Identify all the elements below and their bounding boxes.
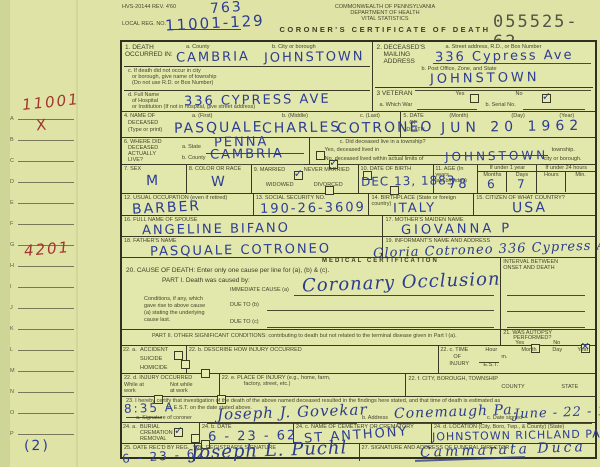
heading-block: COMMONWEALTH OF PENNSYLVANIA DEPARTMENT … — [270, 4, 500, 33]
box5-value: JUN 20 1962 — [441, 118, 583, 136]
interval-line-b — [507, 304, 585, 312]
margin-line-l: L — [10, 333, 74, 354]
box1-c-label3: (Do not use R.D. or Box Number) — [124, 80, 370, 86]
box22d-while-label2: work — [124, 388, 136, 394]
box23-sig-label: a. Signature of coroner — [136, 415, 192, 421]
row-8: MEDICAL CERTIFICATION 20. CAUSE OF DEATH… — [122, 258, 595, 330]
box2-label3: ADDRESS — [383, 58, 414, 65]
box1-township-row: c. If death did not occur in city or bor… — [124, 66, 370, 90]
certificate-form: 1. DEATH OCCURRED IN: a. County b. City … — [120, 40, 597, 459]
box8-label: 8. COLOR OR RACE — [189, 166, 249, 172]
box4-label1: 4. NAME OF — [124, 113, 155, 119]
box22e-place-of-injury: 22. e. PLACE OF INJURY (e.g., home, farm… — [220, 374, 407, 396]
box22f-county-label: COUNTY — [501, 384, 524, 390]
box20-immediate-label: IMMEDIATE CAUSE (a) — [230, 287, 289, 293]
box14-value: ITALY — [393, 201, 436, 217]
box22c-label2: OF — [453, 354, 461, 360]
box5-month-label: (Month) — [449, 113, 468, 119]
box11-min-label: Min. — [566, 172, 595, 178]
box3-war-label: a. Which War — [379, 102, 412, 108]
margin-rule — [18, 308, 74, 309]
margin-letter: E — [10, 200, 14, 206]
box4-name-of-deceased: 4. NAME OF DECEASED (Type or print) a. (… — [122, 112, 401, 137]
box22c-day-label: Day — [552, 347, 562, 353]
box11-columns: 11. AGE (In years last birthday) 78 If u… — [434, 165, 595, 193]
margin-letter: K — [10, 326, 14, 332]
box22b-describe-injury: 22. b. DESCRIBE HOW INJURY OCCURRED — [187, 346, 439, 373]
box1-death-occurred: 1. DEATH OCCURRED IN: a. County b. City … — [122, 42, 373, 111]
box6-county-value: CAMBRIA — [210, 146, 284, 162]
margin-line-j: J — [10, 291, 74, 312]
box4-label3: (Type or print) — [128, 127, 162, 133]
box2-postoffice-value: JOHNSTOWN — [430, 70, 540, 87]
box4-label2: DECEASED — [128, 120, 158, 126]
margin-rule — [18, 203, 74, 204]
box16-spouse: 16. FULL NAME OF SPOUSE ANGELINE BIFANO — [122, 216, 383, 236]
certificate-page: HVS-20144 REV. 4'60 LOCAL REG. NO. PRIMA… — [0, 0, 600, 467]
margin-rule — [18, 266, 74, 267]
box13-social-security: 13. SOCIAL SECURITY NO. 190-26-3609 — [254, 194, 370, 215]
certificate-title: CORONER'S CERTIFICATE OF DEATH — [270, 26, 500, 33]
box10-value: DEC 13, 1883 — [360, 173, 455, 189]
box17-value: GIOVANNA P — [401, 221, 512, 238]
box14-birthplace: 14. BIRTHPLACE (State or foreign country… — [369, 194, 474, 215]
box22c-hour-label: Hour — [485, 347, 497, 353]
margin-letter: I — [10, 284, 12, 290]
box27-funeral-director: 27. SIGNATURE AND ADDRESS OF FUNERAL DIR… — [360, 444, 596, 461]
box22a-num: 22. a. — [123, 347, 137, 353]
local-reg-label: LOCAL REG. NO. — [122, 21, 166, 27]
box2-label2: MAILING — [383, 51, 410, 58]
box22a-manner: 22. a. ACCIDENT SUICIDE HOMICIDE — [122, 346, 187, 373]
box26-registrar-signature: 26. REGISTRAR'S SIGNATURE Joseph L. Puch… — [195, 444, 360, 461]
margin-line-i: I — [10, 270, 74, 291]
box22d-injury-occurred: 22. d. INJURY OCCURRED While at work Not… — [122, 374, 220, 396]
box10-date-of-birth: 10. DATE OF BIRTH DEC 13, 1883 — [359, 165, 435, 193]
box6-state-label: a. State — [182, 144, 201, 150]
row-7: 18. FATHER'S NAME PASQUALE COTRONEO 19. … — [122, 237, 595, 258]
paper-crease — [76, 0, 78, 467]
box9-married-mark: ✓ — [294, 167, 303, 180]
row-10: 22. a. ACCIDENT SUICIDE HOMICIDE 22. b. … — [122, 346, 595, 374]
margin-letter: L — [10, 347, 13, 353]
row-12: 23. I hereby certify that investigation … — [122, 397, 595, 423]
box11-age: 11. AGE (In years last birthday) 78 If u… — [434, 165, 595, 193]
box1-county-label: a. County — [186, 44, 210, 50]
box3-serialno-label: b. Serial No. — [485, 102, 515, 108]
box1-hospital-row: d. Full Name of Hospital or Institution … — [124, 90, 370, 113]
box2-label1: 2. DECEASED'S — [376, 44, 425, 51]
margin-line-m: M — [10, 354, 74, 375]
box25-date-received: 25. DATE REC'D BY REG. 6 - 23 - 62 — [122, 444, 195, 461]
box3-yes-label: Yes — [455, 91, 464, 97]
margin-line-c: C — [10, 144, 74, 165]
box11-under1-col: If under 1 year Months 6 Days 7 — [478, 165, 537, 193]
row-4: 7. SEX M 8. COLOR OR RACE W 9. MARRIED ✓… — [122, 165, 595, 194]
box1-hospital-value: 336 CYPRESS AVE — [184, 92, 331, 110]
margin-line-p: P — [10, 417, 74, 438]
row-2: 4. NAME OF DECEASED (Type or print) a. (… — [122, 112, 595, 138]
margin-letter: P — [10, 431, 14, 437]
box6-township-question: c. Did deceased live in a township? Yes,… — [310, 138, 595, 164]
box20-cause-of-death: MEDICAL CERTIFICATION 20. CAUSE OF DEATH… — [122, 258, 501, 329]
box22d-label: 22. d. INJURY OCCURRED — [124, 375, 217, 381]
box9-married-label: 9. MARRIED — [254, 167, 285, 173]
margin-rule — [18, 182, 74, 183]
box11-hours-col: Hours — [537, 172, 566, 192]
box22e-label2: factory, street, etc.) — [222, 381, 404, 387]
box23-time-value: 8:35 A — [124, 400, 175, 416]
part2-label: PART II. OTHER SIGNIFICANT CONDITIONS: c… — [124, 331, 498, 339]
box4-middle-value: CHARLES — [262, 119, 341, 136]
margin-letter: N — [10, 389, 14, 395]
box20-cond3: (a) stating the underlying — [144, 310, 205, 316]
margin-letter: O — [10, 410, 14, 416]
row-11: 22. d. INJURY OCCURRED While at work Not… — [122, 374, 595, 397]
box4-last-value: COTRONEO — [337, 119, 434, 137]
box8-value: W — [211, 174, 227, 190]
box3-veteran: 3 VETERAN Yes No ✓ a. Which War b. Seria… — [375, 87, 593, 112]
box20-label: 20. CAUSE OF DEATH: Enter only one cause… — [126, 267, 329, 274]
box22c-est-label: E.S.T. — [483, 362, 498, 368]
box1-label: 1. DEATH OCCURRED IN: — [125, 44, 173, 58]
margin-rule — [18, 392, 74, 393]
margin-rule — [18, 350, 74, 351]
box12-occupation: 12. USUAL OCCUPATION (even if retired) B… — [122, 194, 254, 215]
box3-no-label: No — [515, 91, 522, 97]
box23-date-value: June - 22 - 1962 — [514, 403, 600, 422]
box2-street-value: 336 Cypress Ave — [435, 48, 574, 65]
margin-rule — [18, 371, 74, 372]
margin-line-k: K — [10, 312, 74, 333]
box20-due-c-label: DUE TO (c) — [230, 319, 259, 325]
box11-under24-split: Hours Min. — [537, 172, 595, 192]
margin-rule — [18, 161, 74, 162]
box5-label1: 5. DATE — [403, 113, 423, 119]
box22c-m-label: m. — [501, 354, 507, 360]
margin-line-o: O — [10, 396, 74, 417]
box11-under24-label: If under 24 hours — [537, 165, 595, 172]
box10-label: 10. DATE OF BIRTH — [361, 166, 432, 172]
margin-b-value: X — [35, 116, 49, 135]
box15-citizenship: 15. CITIZEN OF WHAT COUNTRY? USA — [474, 194, 595, 215]
box22f-state-label: STATE — [561, 384, 578, 390]
row-5: 12. USUAL OCCUPATION (even if retired) B… — [122, 194, 595, 216]
box11-months-col: Months 6 — [478, 172, 507, 192]
box9-divorced-label: DIVORCED — [314, 182, 343, 188]
box20-due-b-line — [267, 303, 494, 311]
box11-days-value: 7 — [517, 177, 527, 191]
box26-value: Joseph L. Puchl — [191, 437, 348, 463]
box24a-num: 24. a. — [123, 424, 137, 430]
interval-label2: ONSET AND DEATH — [503, 265, 593, 271]
box4-middle-label: b. (Middle) — [282, 113, 308, 119]
box11-months-value: 6 — [487, 177, 497, 191]
box1-c-label1: c. If death did not occur in city — [124, 67, 370, 74]
margin-letter: D — [10, 179, 14, 185]
box6-yes-text: Yes, deceased lived in — [325, 147, 380, 153]
box22c-label1: 22. c. TIME — [440, 347, 468, 353]
row-3: 6. WHERE DID DECEASED ACTUALLY LIVE? a. … — [122, 138, 595, 165]
margin-line-f: F — [10, 207, 74, 228]
margin-rule — [18, 329, 74, 330]
box22d-notwhile-label2: at work — [170, 388, 188, 394]
box4-first-label: a. (First) — [192, 113, 212, 119]
box6-c-label: c. Did deceased live in a township? — [340, 139, 426, 145]
box1-county-value: CAMBRIA — [176, 49, 250, 65]
box8-color-or-race: 8. COLOR OR RACE W — [187, 165, 252, 193]
box17-mother-maiden-name: 17. MOTHER'S MAIDEN NAME GIOVANNA P — [383, 216, 595, 236]
box22f-label: 22. f. CITY, BOROUGH, TOWNSHIP — [408, 376, 498, 382]
box2-box3-container: 2. DECEASED'S MAILING ADDRESS a. Street … — [373, 42, 595, 111]
box22a-suicide-label: SUICIDE — [140, 356, 162, 362]
box24a-disposition: 24. a. BURIAL ✓ CREMATION REMOVAL — [122, 423, 200, 443]
box11-hours-label: Hours — [537, 172, 565, 178]
margin-rule — [18, 287, 74, 288]
box24a-burial-checkbox: ✓ — [174, 428, 183, 437]
box11-under24-col: If under 24 hours Hours Min. — [537, 165, 595, 193]
margin-bottom-note: (2) — [24, 438, 50, 454]
box9-marital-status: 9. MARRIED ✓ NEVER MARRIED WIDOWED DIVOR… — [252, 165, 359, 193]
box22c-time-of-injury: 22. c. TIME OF INJURY Hour m. E.S.T. Mon… — [439, 346, 595, 373]
margin-rule — [18, 434, 74, 435]
box15-value: USA — [512, 200, 547, 217]
box22a-accident-label: ACCIDENT — [140, 347, 168, 353]
box7-sex: 7. SEX M — [122, 165, 187, 193]
form-number: HVS-20144 REV. 4'60 — [122, 4, 282, 10]
box23-certification: 23. I hereby certify that investigation … — [122, 397, 595, 422]
margin-strip: A B C D E F G H I J K L M N O P — [10, 102, 74, 438]
vital-line: VITAL STATISTICS — [270, 16, 500, 22]
box24a-burial-mark: ✓ — [174, 424, 183, 437]
box18-value: PASQUALE COTRONEO — [150, 241, 331, 259]
margin-letter: H — [10, 263, 14, 269]
box20-due-b-label: DUE TO (b) — [230, 302, 259, 308]
box6-residence: 6. WHERE DID DECEASED ACTUALLY LIVE? a. … — [122, 138, 310, 164]
row-1: 1. DEATH OCCURRED IN: a. County b. City … — [122, 42, 595, 112]
margin-line-e: E — [10, 186, 74, 207]
box11-under1-split: Months 6 Days 7 — [478, 172, 536, 192]
interval-line-a — [507, 288, 585, 296]
box6-no-suffix: city or borough. — [544, 156, 582, 162]
box1-header: 1. DEATH OCCURRED IN: a. County b. City … — [124, 43, 370, 66]
box6-no-value: JOHNSTOWN — [444, 148, 547, 164]
box6-township-suffix: township. — [552, 147, 575, 153]
box22c-label3: INJURY — [449, 361, 469, 367]
row-14: 25. DATE REC'D BY REG. 6 - 23 - 62 26. R… — [122, 444, 595, 461]
box4-last-label: c. (Last) — [360, 113, 380, 119]
row-9: PART II. OTHER SIGNIFICANT CONDITIONS: c… — [122, 330, 595, 346]
margin-letter: B — [10, 137, 14, 143]
box11-under1-label: If under 1 year — [478, 165, 536, 172]
box20-interval-column: INTERVAL BETWEEN ONSET AND DEATH — [501, 258, 595, 329]
box2-mailing-address: 2. DECEASED'S MAILING ADDRESS a. Street … — [375, 43, 593, 87]
interval-line-c — [507, 320, 585, 328]
row-6: 16. FULL NAME OF SPOUSE ANGELINE BIFANO … — [122, 216, 595, 237]
box11-days-col: Days 7 — [507, 172, 536, 192]
margin-letter: C — [10, 158, 14, 164]
box3-serialno-line — [523, 102, 585, 110]
box9-never-label: NEVER MARRIED — [304, 167, 350, 173]
box6-no-text: No, deceased lived within actual limits … — [325, 156, 424, 162]
box7-value: M — [146, 173, 160, 189]
box9-widowed-label: WIDOWED — [266, 182, 294, 188]
box22a-homicide-label: HOMICIDE — [140, 365, 168, 371]
box3-label: 3 VETERAN — [376, 90, 412, 97]
box16-value: ANGELINE BIFANO — [142, 221, 290, 239]
box20-part1-label: PART I. Death was caused by: — [162, 277, 250, 284]
box22b-label: 22. b. DESCRIBE HOW INJURY OCCURRED — [189, 347, 436, 353]
box22c-month-label: Month — [521, 347, 536, 353]
margin-line-d: D — [10, 165, 74, 186]
margin-letter: M — [10, 368, 15, 374]
paper-edge — [0, 0, 10, 467]
box20-due-c-line — [267, 320, 494, 328]
margin-letter: J — [10, 305, 13, 311]
box20-cond1: Conditions, if any, which — [144, 296, 203, 302]
margin-rule — [18, 224, 74, 225]
margin-line-n: N — [10, 375, 74, 396]
box6-county-label: b. County — [182, 155, 206, 161]
box21-autopsy: 21. WAS AUTOPSY PERFORMED? Yes No ✕ — [501, 330, 595, 345]
box3-war-line — [417, 102, 477, 110]
box7-label: 7. SEX — [124, 166, 184, 172]
margin-letter: F — [10, 221, 13, 227]
box9-married-checkbox: ✓ — [294, 171, 303, 180]
box22f-location: 22. f. CITY, BOROUGH, TOWNSHIP COUNTY ST… — [406, 374, 595, 396]
box20-cond2: gave rise to above cause — [144, 303, 205, 309]
box22c-year-label: Year — [577, 347, 588, 353]
part2-conditions: PART II. OTHER SIGNIFICANT CONDITIONS: c… — [122, 330, 501, 345]
margin-letter: A — [10, 116, 14, 122]
margin-letter: G — [10, 242, 14, 248]
box22a-accident-checkbox — [174, 351, 183, 360]
margin-rule — [18, 413, 74, 414]
box6-yes-checkbox — [316, 151, 325, 160]
box13-value: 190-26-3609 — [260, 200, 366, 217]
box20-cond4: cause last. — [144, 317, 170, 323]
box6-label4: LIVE? — [128, 157, 143, 163]
box1-city-value: JOHNSTOWN — [264, 49, 365, 66]
box24a-removal-label: REMOVAL — [140, 436, 167, 442]
margin-rule — [18, 140, 74, 141]
box11-min-col: Min. — [566, 172, 595, 192]
box1-d-label1: d. Full Name — [124, 91, 178, 98]
box18-father-name: 18. FATHER'S NAME PASQUALE COTRONEO — [122, 237, 383, 257]
box12-value: BARBER — [132, 198, 202, 218]
box19-informant: 19. INFORMANT'S NAME AND ADDRESS Gloria … — [383, 237, 595, 257]
